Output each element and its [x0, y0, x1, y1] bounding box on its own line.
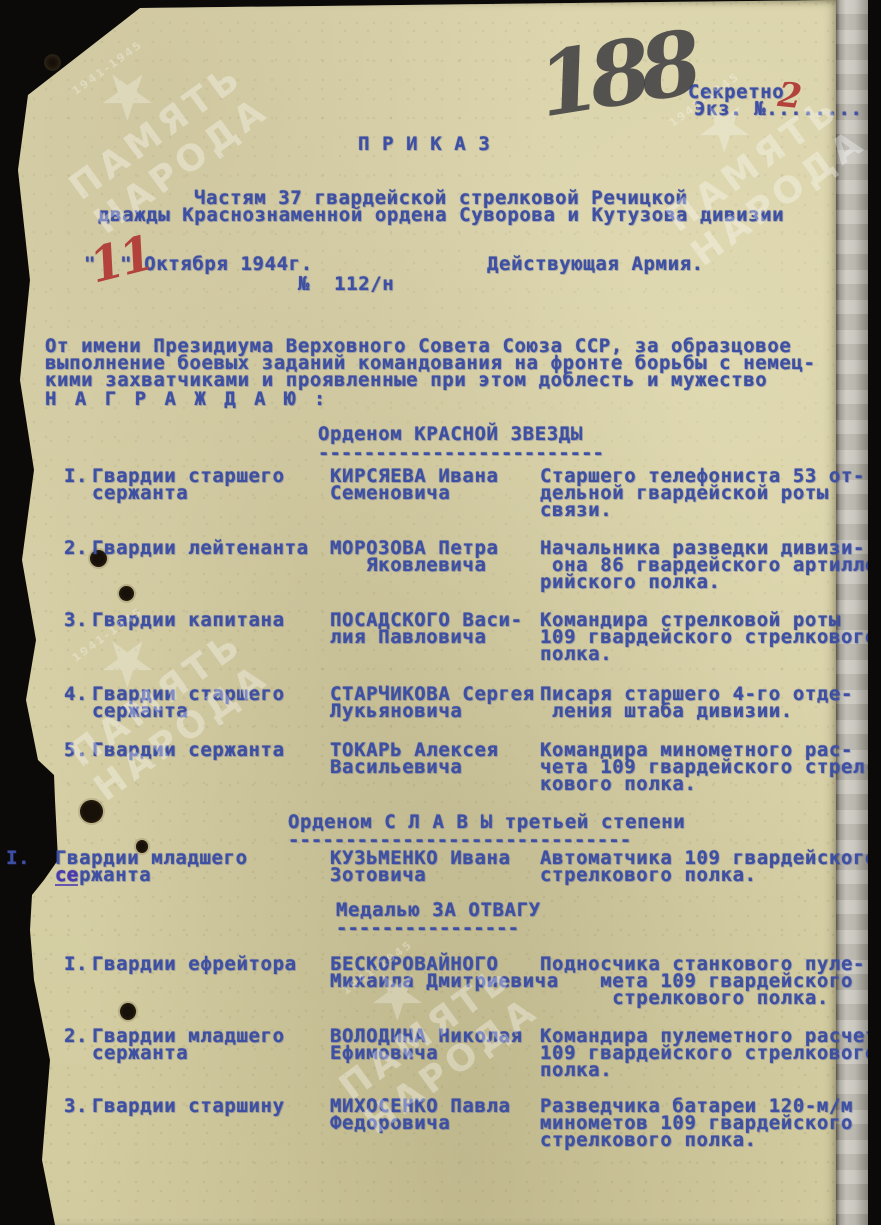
- entry-number: 4.: [64, 686, 88, 703]
- order-number: № 112/н: [298, 276, 394, 293]
- entry-number: 2.: [64, 540, 88, 557]
- section-underline: ----------------: [336, 920, 519, 937]
- scanned-document: { "page": { "pencil_page_number": "188",…: [0, 0, 881, 1225]
- entry-rank: Гвардии лейтенанта: [92, 540, 309, 557]
- entry-name: КИРСЯЕВА Ивана Семеновича: [330, 468, 499, 502]
- entry-position: Командира пулеметного расчета 109 гварде…: [540, 1028, 868, 1079]
- location: Действующая Армия.: [487, 256, 704, 273]
- entry-number: 2.: [64, 1028, 88, 1045]
- entry-name: СТАРЧИКОВА Сергея Лукьяновича: [330, 686, 535, 720]
- preamble: От имени Президиума Верховного Совета Со…: [45, 338, 816, 389]
- entry-position: Начальника разведки дивизи- она 86 гвард…: [540, 540, 868, 591]
- section-underline: -------------------------: [318, 445, 604, 462]
- entry-name: МОРОЗОВА Петра Яковлевича: [330, 540, 499, 574]
- entry-rank: Гвардии старшего сержанта: [92, 468, 285, 502]
- entry-position: Старшего телефониста 53 от- дельной гвар…: [540, 468, 865, 519]
- entry-rank: Гвардии старшину: [92, 1098, 285, 1115]
- entry-position: Командира минометного рас- чета 109 гвар…: [540, 742, 868, 793]
- entry-number: 3.: [64, 612, 88, 629]
- section-title-red-star: Орденом КРАСНОЙ ЗВЕЗДЫ: [318, 426, 583, 443]
- ink-correction: се: [55, 867, 78, 886]
- entry-name: ТОКАРЬ Алексея Васильевича: [330, 742, 499, 776]
- entry-position: Писаря старшего 4-го отде- ления штаба д…: [540, 686, 853, 720]
- entry-rank: Гвардии младшего сержанта: [92, 1028, 285, 1062]
- entry-number: I.: [64, 956, 88, 973]
- entry-number: I.: [64, 468, 88, 485]
- entry-rank: Гвардии капитана: [92, 612, 285, 629]
- entry-position: Командира стрелковой роты 109 гвардейско…: [540, 612, 868, 663]
- handwritten-copy-number: 2: [776, 75, 804, 117]
- entry-position: Подносчика станкового пуле- мета 109 гва…: [540, 956, 865, 1007]
- entry-name: ПОСАДСКОГО Васи- лия Павловича: [330, 612, 523, 646]
- entry-rank: Гвардии младшего сержанта: [55, 850, 248, 884]
- entry-number: I.: [6, 850, 30, 867]
- order-title: П Р И К А З: [358, 136, 490, 153]
- entry-rank: Гвардии старшего сержанта: [92, 686, 285, 720]
- entry-name: БЕСКОРОВАЙНОГО Михаила Дмитриевича: [330, 956, 559, 990]
- award-declaration: Н А Г Р А Ж Д А Ю :: [45, 391, 329, 408]
- entry-name: КУЗЬМЕНКО Ивана Зотовича: [330, 850, 511, 884]
- entry-name: МИХОСЕНКО Павла Федоровича: [330, 1098, 511, 1132]
- addressee-line-2: дважды Краснознаменной ордена Суворова и…: [98, 207, 784, 224]
- entry-rank: Гвардии ефрейтора: [92, 956, 297, 973]
- entry-position: Автоматчика 109 гвардейского стрелкового…: [540, 850, 868, 884]
- entry-name: ВОЛОДИНА Николая Ефимовича: [330, 1028, 523, 1062]
- entry-position: Разведчика батареи 120-м/м минометов 109…: [540, 1098, 853, 1149]
- entry-number: 3.: [64, 1098, 88, 1115]
- entry-number: 5.: [64, 742, 88, 759]
- entry-rank: Гвардии сержанта: [92, 742, 285, 759]
- typed-content: Секретно Экз. №........ П Р И К А З Част…: [0, 0, 868, 1225]
